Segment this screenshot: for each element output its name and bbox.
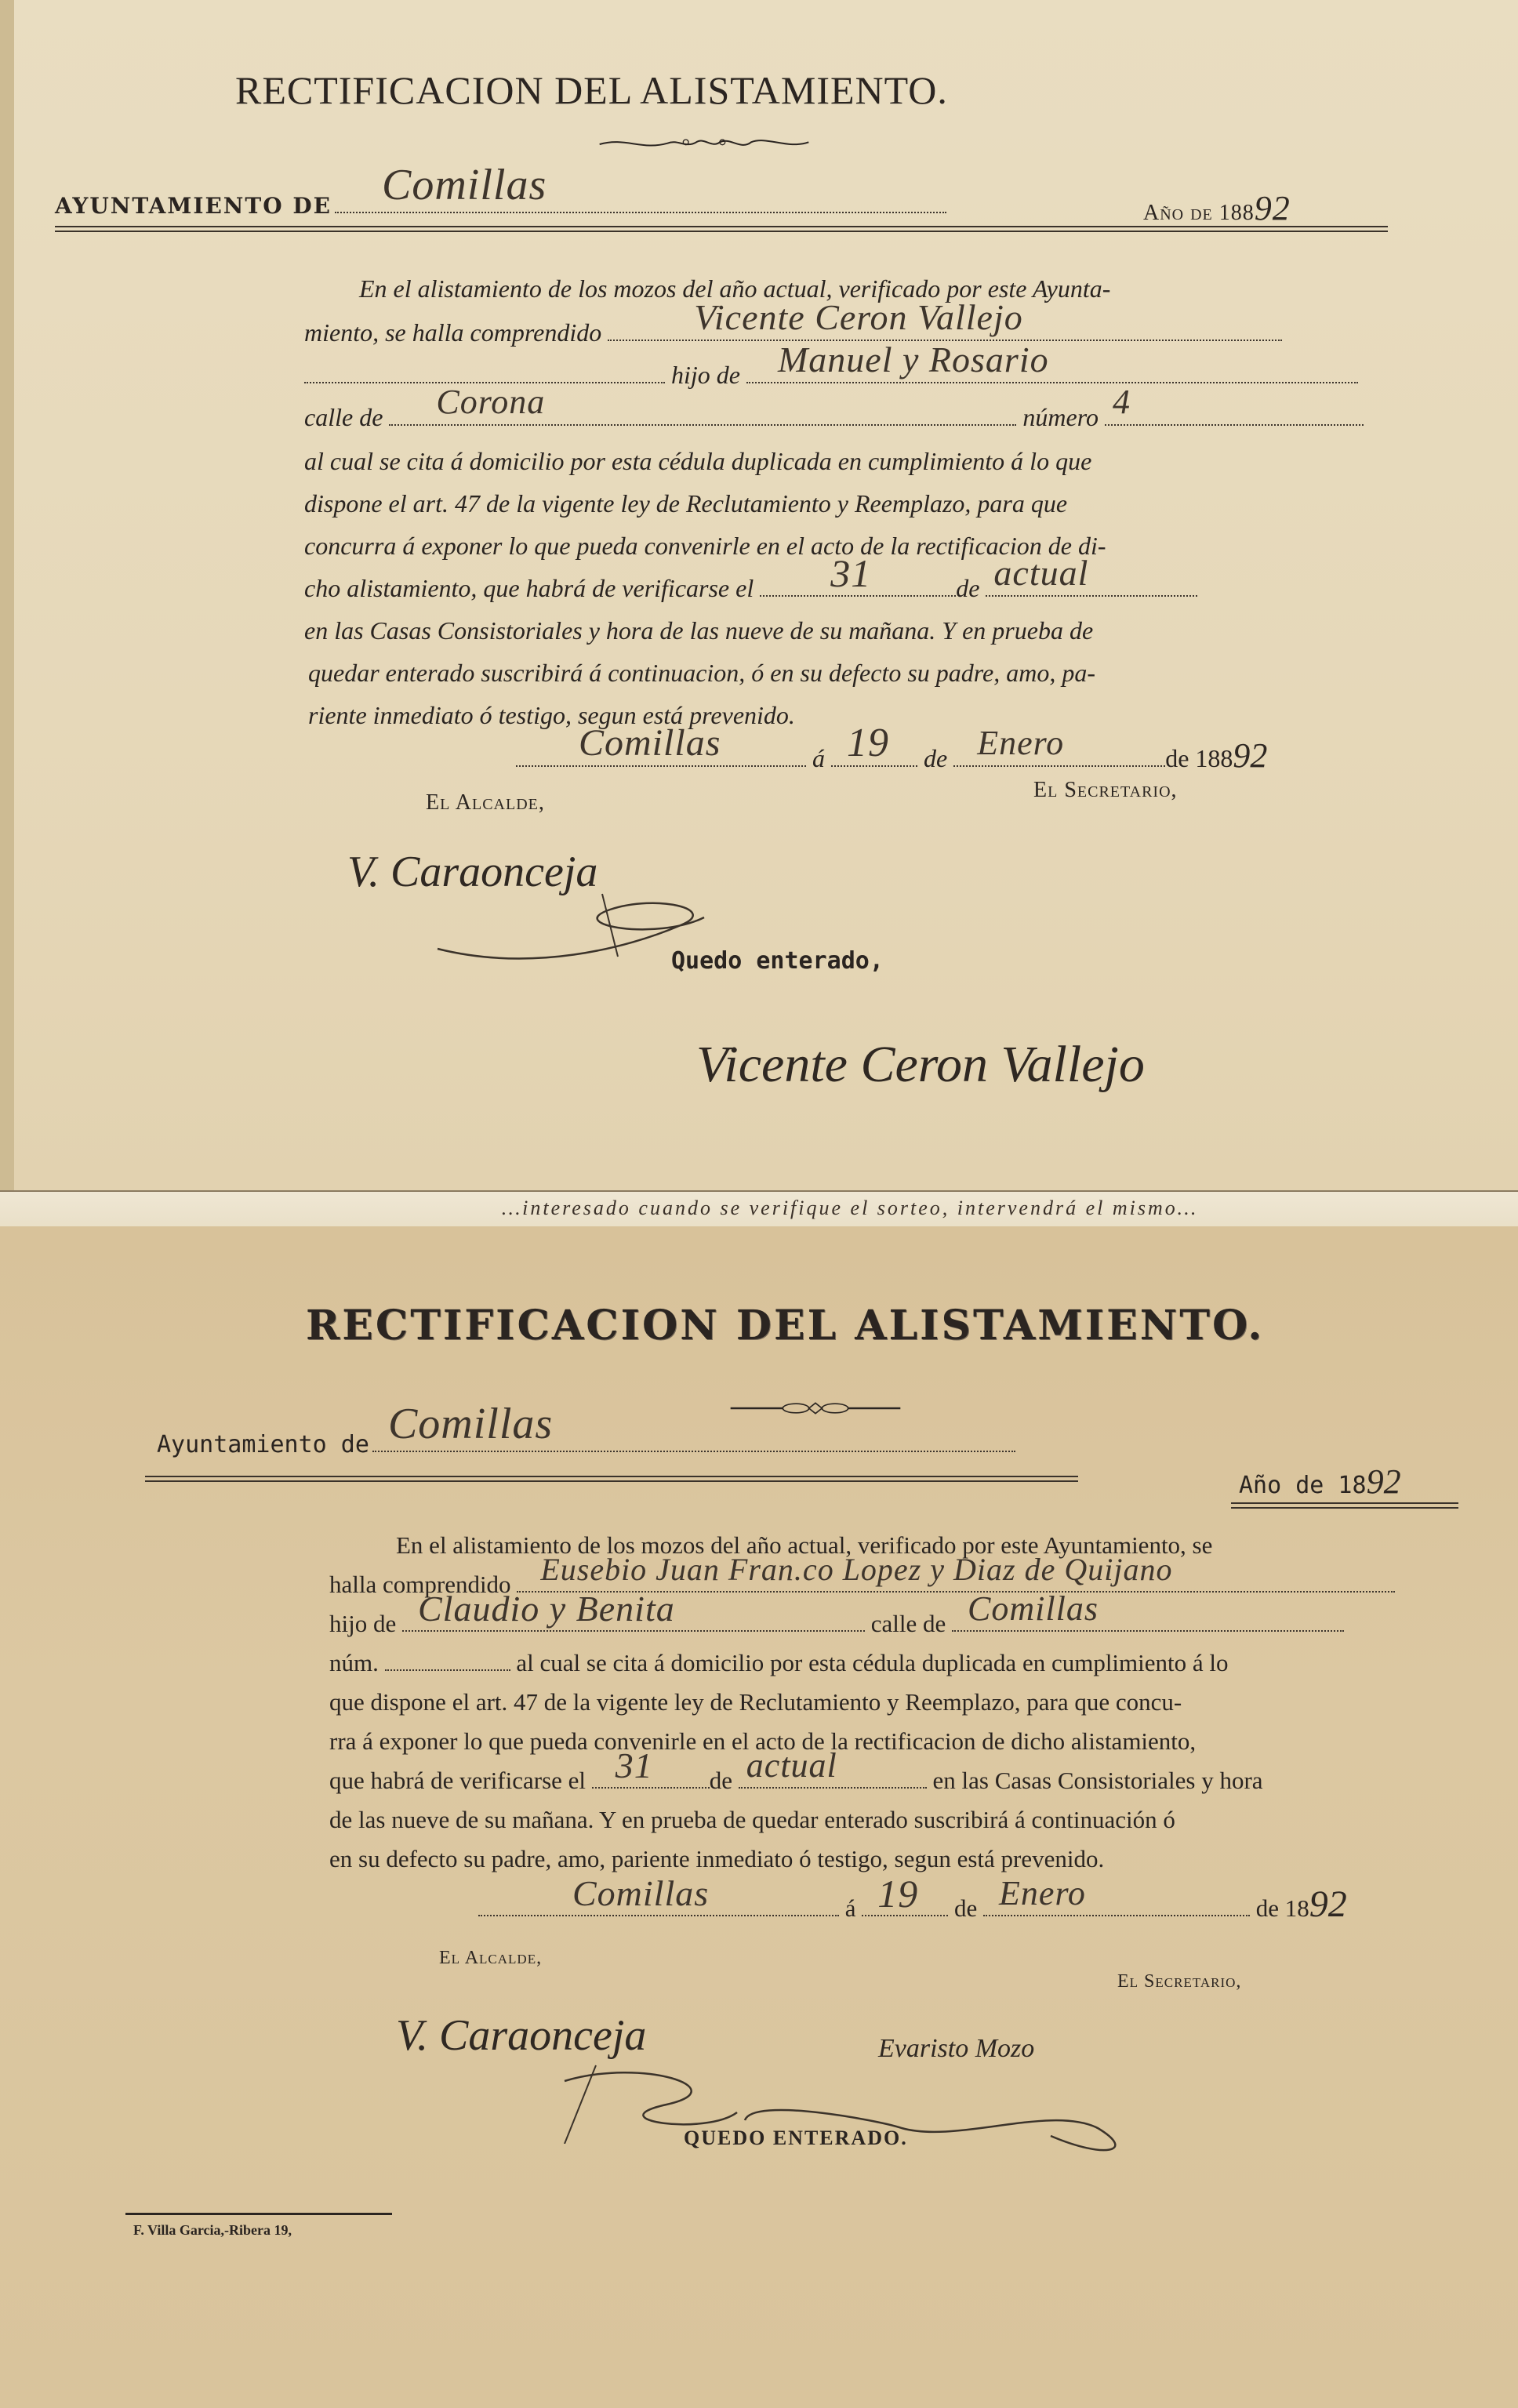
- body-line: concurra á exponer lo que pueda convenir…: [304, 525, 1106, 566]
- body-line: hijo de Claudio y Benita calle de Comill…: [329, 1604, 1344, 1643]
- body-line: en las Casas Consistoriales y hora de la…: [304, 610, 1093, 651]
- month-field: actual: [739, 1763, 927, 1789]
- quedo-enterado-label: Quedo enterado,: [671, 947, 884, 975]
- numero-value: 4: [1113, 382, 1131, 423]
- date-day-value: 19: [877, 1874, 918, 1913]
- alcalde-signature: V. Caraonceja: [396, 2010, 646, 2061]
- body-line: que dispone el art. 47 de la vigente ley…: [329, 1683, 1182, 1722]
- alcalde-label: El Alcalde,: [426, 790, 545, 815]
- year-value: 92: [1367, 1462, 1401, 1501]
- numero-field: 4: [1105, 401, 1364, 426]
- ornament-divider-icon: [714, 1400, 917, 1416]
- mozo-name-field: Vicente Ceron Vallejo: [608, 316, 1282, 341]
- place-value: Comillas: [579, 723, 721, 764]
- form-2-title: RECTIFICACION DEL ALISTAMIENTO.: [306, 1302, 1264, 1349]
- imprint-rule: [125, 2213, 392, 2215]
- date-year-value: 92: [1309, 1883, 1347, 1925]
- ayuntamiento-value: Comillas: [382, 160, 547, 210]
- place-value: Comillas: [572, 1874, 709, 1913]
- body-line: dispone el art. 47 de la vigente ley de …: [304, 483, 1067, 524]
- calle-field: Comillas: [952, 1607, 1344, 1632]
- dateline: Comillas á 19 de Enero de 1892: [478, 1885, 1347, 1928]
- ayuntamiento-label: Ayuntamiento de: [157, 1431, 369, 1458]
- ayuntamiento-row: Ayuntamiento de Comillas: [157, 1427, 1015, 1458]
- date-month-field: Enero: [983, 1891, 1250, 1916]
- body-line: que habrá de verificarse el 31 de actual…: [329, 1761, 1263, 1800]
- ayuntamiento-value: Comillas: [388, 1399, 553, 1449]
- secretario-signature: Evaristo Mozo: [878, 2034, 1034, 2064]
- num-field: [385, 1646, 510, 1671]
- form-1-title: RECTIFICACION DEL ALISTAMIENTO.: [235, 67, 948, 113]
- dateline: Comillas á 19 de Enero de 18892: [516, 735, 1267, 779]
- ayuntamiento-field: Comillas: [335, 188, 946, 213]
- body-line: de las nueve de su mañana. Y en prueba d…: [329, 1800, 1175, 1840]
- form-1-sheet: RECTIFICACION DEL ALISTAMIENTO. AYUNTAMI…: [0, 0, 1518, 1192]
- calle-value: Comillas: [968, 1589, 1099, 1629]
- year-label: Año de 18: [1239, 1472, 1367, 1499]
- parents-field: Claudio y Benita: [402, 1607, 865, 1632]
- mozo-name-value: Eusebio Juan Fran.co Lopez y Diaz de Qui…: [540, 1550, 1172, 1589]
- date-month-field: Enero: [953, 742, 1165, 767]
- place-field: Comillas: [478, 1891, 839, 1916]
- date-day-field: 19: [831, 742, 917, 767]
- ayuntamiento-field: Comillas: [372, 1427, 1015, 1452]
- day-field: 31: [592, 1763, 710, 1789]
- underlying-handwriting: …interesado cuando se verifique el sorte…: [502, 1197, 1198, 1220]
- parents-value: Manuel y Rosario: [778, 340, 1049, 380]
- parents-value: Claudio y Benita: [418, 1589, 675, 1629]
- body-line: cho alistamiento, que habrá de verificar…: [304, 568, 1197, 608]
- date-day-field: 19: [862, 1891, 948, 1916]
- body-line: núm. al cual se cita á domicilio por est…: [329, 1643, 1229, 1683]
- secretario-label: El Secretario,: [1033, 778, 1178, 803]
- year-label: Año de 188: [1143, 201, 1255, 225]
- month-value: actual: [993, 553, 1088, 594]
- quedo-enterado-label: QUEDO ENTERADO.: [684, 2127, 908, 2150]
- year-value: 92: [1255, 189, 1291, 227]
- parents-field: Manuel y Rosario: [746, 358, 1358, 383]
- ayuntamiento-label: AYUNTAMIENTO DE: [55, 193, 332, 219]
- body-line: quedar enterado suscribirá á continuacio…: [308, 652, 1095, 693]
- year-row: Año de 18892: [1143, 188, 1291, 228]
- secretario-label: El Secretario,: [1117, 1971, 1241, 1992]
- blank-field: [304, 358, 665, 383]
- header-double-rule: [55, 226, 1388, 232]
- year-row: Año de 1892: [1239, 1462, 1401, 1502]
- date-day-value: 19: [847, 723, 889, 764]
- mozo-name-value: Vicente Ceron Vallejo: [694, 297, 1023, 338]
- body-line: riente inmediato ó testigo, segun está p…: [308, 695, 795, 735]
- underlying-page-strip: …interesado cuando se verifique el sorte…: [0, 1190, 1518, 1229]
- body-line: al cual se cita á domicilio por esta céd…: [304, 441, 1091, 481]
- calle-value: Corona: [436, 382, 545, 423]
- body-line: en su defecto su padre, amo, pariente in…: [329, 1840, 1104, 1879]
- ornament-divider-icon: [539, 135, 869, 151]
- alcalde-label: El Alcalde,: [439, 1948, 542, 1969]
- header-double-rule: [145, 1476, 1078, 1482]
- day-value: 31: [830, 553, 871, 594]
- date-month-value: Enero: [977, 723, 1064, 764]
- date-year-value: 92: [1233, 736, 1267, 775]
- month-field: actual: [986, 572, 1197, 597]
- form-2-sheet: RECTIFICACION DEL ALISTAMIENTO. Ayuntami…: [0, 1226, 1518, 2408]
- month-value: actual: [746, 1746, 837, 1785]
- body-line: calle de Corona número 4: [304, 397, 1364, 438]
- day-field: 31: [760, 572, 956, 597]
- day-value: 31: [616, 1746, 653, 1785]
- date-month-value: Enero: [999, 1874, 1086, 1913]
- calle-field: Corona: [389, 401, 1016, 426]
- year-double-rule: [1231, 1502, 1458, 1509]
- place-field: Comillas: [516, 742, 806, 767]
- mozo-signature: Vicente Ceron Vallejo: [696, 1035, 1145, 1095]
- printer-imprint: F. Villa Garcia,-Ribera 19,: [133, 2222, 292, 2239]
- ayuntamiento-row: AYUNTAMIENTO DE Comillas: [55, 188, 946, 219]
